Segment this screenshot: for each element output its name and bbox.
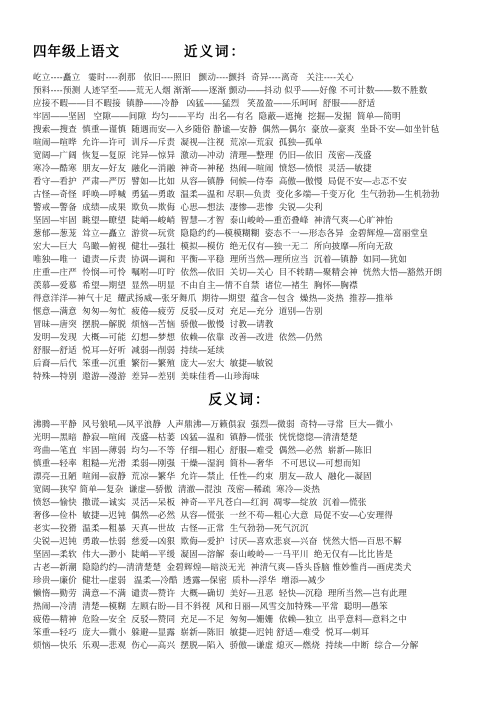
- word-pair-line: 古怪—奇怪 呼唤—呼喊 勇猛—勇敢 温柔—温和 尽职—负责 变化多端—千变万化 …: [33, 188, 474, 201]
- word-pair-line: 寒冷—酷寒 朋友—好友 融化—消融 神奇—神秘 热闹—喧闹 愤怒—愤恨 灵活—敏…: [33, 162, 474, 175]
- word-pair-line: 老实—狡猾 温柔—粗暴 天真—世故 古怪—正常 生气勃勃—死气沉沉: [33, 522, 474, 535]
- word-pair-line: 警戒—警备 成绩—成果 欺负—欺侮 心思—想法 凄惨—悲惨 尖锐—尖利: [33, 201, 474, 214]
- section-heading-antonyms: 反义词：: [33, 392, 446, 408]
- synonyms-section: 屹立----矗立 霎时----刹那 依旧----照旧 颤动----颤抖 奇异--…: [33, 71, 474, 383]
- word-pair-line: 愤怒—愉快 撒谎—诚实 灵活—呆板 神奇—平凡苍白—红润 凋零—绽放 沉着—慌张: [33, 496, 474, 509]
- word-pair-line: 宽阔—广阔 恢复—复原 诧异—惊异 激动—冲动 清理—整理 仍旧—依旧 茂密—茂…: [33, 149, 474, 162]
- word-pair-line: 坚固—柔软 伟大—渺小 陡峭—平缓 凝固—溶解 泰山峻岭—一马平川 绝无仅有—比…: [33, 548, 474, 561]
- word-pair-line: 特殊—特别 遨游—漫游 差异—差别 美味佳肴—山珍海味: [33, 370, 474, 383]
- antonyms-section: 沸腾—平静 风号狼吼—风平浪静 人声鼎沸—万籁俱寂 强烈—微弱 奇特—寻常 巨大…: [33, 418, 474, 652]
- word-pair-line: 坚固—牢固 眺望—瞭望 陡峭—峻峭 智慧—才智 泰山峻岭—重峦叠峰 神清气爽—心…: [33, 214, 474, 227]
- word-pair-line: 沸腾—平静 风号狼吼—风平浪静 人声鼎沸—万籁俱寂 强烈—微弱 奇特—寻常 巨大…: [33, 418, 474, 431]
- word-pair-line: 弯曲—笔直 牢固—薄弱 均匀—不等 仔细—粗心 舒服—难受 偶然—必然 崭新—陈…: [33, 444, 474, 457]
- document-page: 四年级上语文 近义词： 屹立----矗立 霎时----刹那 依旧----照旧 颤…: [0, 0, 500, 707]
- word-pair-line: 尖锐—迟钝 勇敢—怯弱 慈爱—凶狠 欺侮—爱护 讨厌—喜欢悲哀—兴奋 恍然大悟—…: [33, 535, 474, 548]
- word-pair-line: 发明—发现 大概—可能 幻想—梦想 依赖—依靠 改善—改进 依然—仍然: [33, 331, 474, 344]
- word-pair-line: 唯独—唯一 谴责—斥责 协调—调和 平衡—平稳 理所当然—理所应当 沉着—镇静 …: [33, 253, 474, 266]
- title-row: 四年级上语文 近义词：: [33, 44, 474, 60]
- word-pair-line: 懒惰—勤劳 满意—不满 谴责—赞许 大概—确切 美好—丑恶 轻快—沉稳 理所当然…: [33, 587, 474, 600]
- word-pair-line: 后裔—后代 笨重—沉重 繁衍—繁殖 庞大—宏大 敏捷—敏锐: [33, 357, 474, 370]
- word-pair-line: 疲倦—精神 危险—安全 反驳—赞同 充足—不足 匆匆—姗姗 依赖—独立 出乎意料…: [33, 613, 474, 626]
- word-pair-line: 看守—看护 严肃—严厉 譬如—比如 从容—镇静 伺候—侍奉 高傲—傲慢 局促不安…: [33, 175, 474, 188]
- word-pair-line: 预料----预测 人迹罕至——荒无人烟 渐渐——逐渐 颤动——抖动 似乎——好像…: [33, 84, 474, 97]
- word-pair-line: 得意洋洋—神气十足 耀武扬威—张牙舞爪 期待—期望 蕴含—包含 燥热—炎热 推荐…: [33, 292, 474, 305]
- word-pair-line: 漂亮—丑陋 喧闹—寂静 荒凉—繁华 允许—禁止 任性—约束 朋友—敌人 融化—凝…: [33, 470, 474, 483]
- word-pair-line: 古老—新潮 隐隐约约—清清楚楚 金碧辉煌—暗淡无光 神清气爽—昏头昏脑 惟妙惟肖…: [33, 561, 474, 574]
- word-pair-line: 牢固——坚固 空隙——间隙 均匀——平均 出名—有名 隐蔽—遮掩 挖掘—发掘 简…: [33, 110, 474, 123]
- word-pair-line: 笨重—轻巧 庞大—微小 躲避—显露 崭新—陈旧 敏捷—迟钝 舒适—难受 悦耳—刺…: [33, 626, 474, 639]
- word-pair-line: 光明—黑暗 静寂—喧闹 茂盛—枯萎 凶猛—温和 镇静—慌张 恍恍惚惚—清清楚楚: [33, 431, 474, 444]
- word-pair-line: 屹立----矗立 霎时----刹那 依旧----照旧 颤动----颤抖 奇异--…: [33, 71, 474, 84]
- word-pair-line: 冒昧—唐突 摆脱—解脱 烦恼—苦恼 骄傲—傲慢 讨教—请教: [33, 318, 474, 331]
- word-pair-line: 宽阔—狭窄 简单—复杂 谦虚—骄傲 清澈—混浊 茂密—稀疏 寒冷—炎热: [33, 483, 474, 496]
- word-pair-line: 宏大—巨大 鸟瞰—俯视 健壮—强壮 模拟—模仿 绝无仅有—独一无二 所向披靡—所…: [33, 240, 474, 253]
- word-pair-line: 庄重—庄严 怜悯—可怜 嘱咐—叮咛 依然—依旧 关切—关心 目不转睛—聚精会神 …: [33, 266, 474, 279]
- word-pair-line: 慎重—轻率 粗糙—光滑 柔弱—刚强 干燥—湿润 简朴—奢华 不可思议—可想而知: [33, 457, 474, 470]
- word-pair-line: 珍贵—廉价 健壮—虚弱 温柔—冷酷 透露—保密 质朴—浮华 增添—减少: [33, 574, 474, 587]
- word-pair-line: 舒服—舒适 悦耳—好听 减弱—削弱 持续—延续: [33, 344, 474, 357]
- word-pair-line: 烦恼—快乐 乐观—悲观 伤心—高兴 摆脱—陷入 骄傲—谦虚 熄灭—燃烧 持续—中…: [33, 639, 474, 652]
- word-pair-line: 热闹—冷清 清楚—模糊 左顾右盼—目不斜视 风和日丽—风雪交加特殊—平常 聪明—…: [33, 600, 474, 613]
- doc-title: 四年级上语文: [33, 44, 120, 60]
- section-heading-synonyms: 近义词：: [184, 44, 246, 60]
- word-pair-line: 搜索—搜查 慎重—谨慎 随遇而安—入乡随俗 静谧—安静 偶然—偶尔 豪放—豪爽 …: [33, 123, 474, 136]
- word-pair-line: 喧闹—喧哗 允许—许可 训斥—斥责 凝视—注视 荒凉—荒寂 孤独—孤单: [33, 136, 474, 149]
- word-pair-line: 羡慕—爱慕 希望—期望 显然—明显 不由自主—情不自禁 诸位—褚生 胸怀—胸襟: [33, 279, 474, 292]
- word-pair-line: 葱郁—葱茏 耸立—矗立 游赏—玩赏 隐隐约约—模模糊糊 姿态不一—形态各异 金碧…: [33, 227, 474, 240]
- word-pair-line: 惬意—满意 匆匆—匆忙 疲倦—疲劳 反驳—反对 充足—充分 道别—告别: [33, 305, 474, 318]
- word-pair-line: 奢侈—俭朴 敏捷—迟钝 偶然—必然 从容—慌张 一丝不苟—粗心大意 局促不安—心…: [33, 509, 474, 522]
- word-pair-line: 应接不暇——目不暇接 镇静——冷静 凶猛——猛烈 笑盈盈——乐呵呵 舒服——舒适: [33, 97, 474, 110]
